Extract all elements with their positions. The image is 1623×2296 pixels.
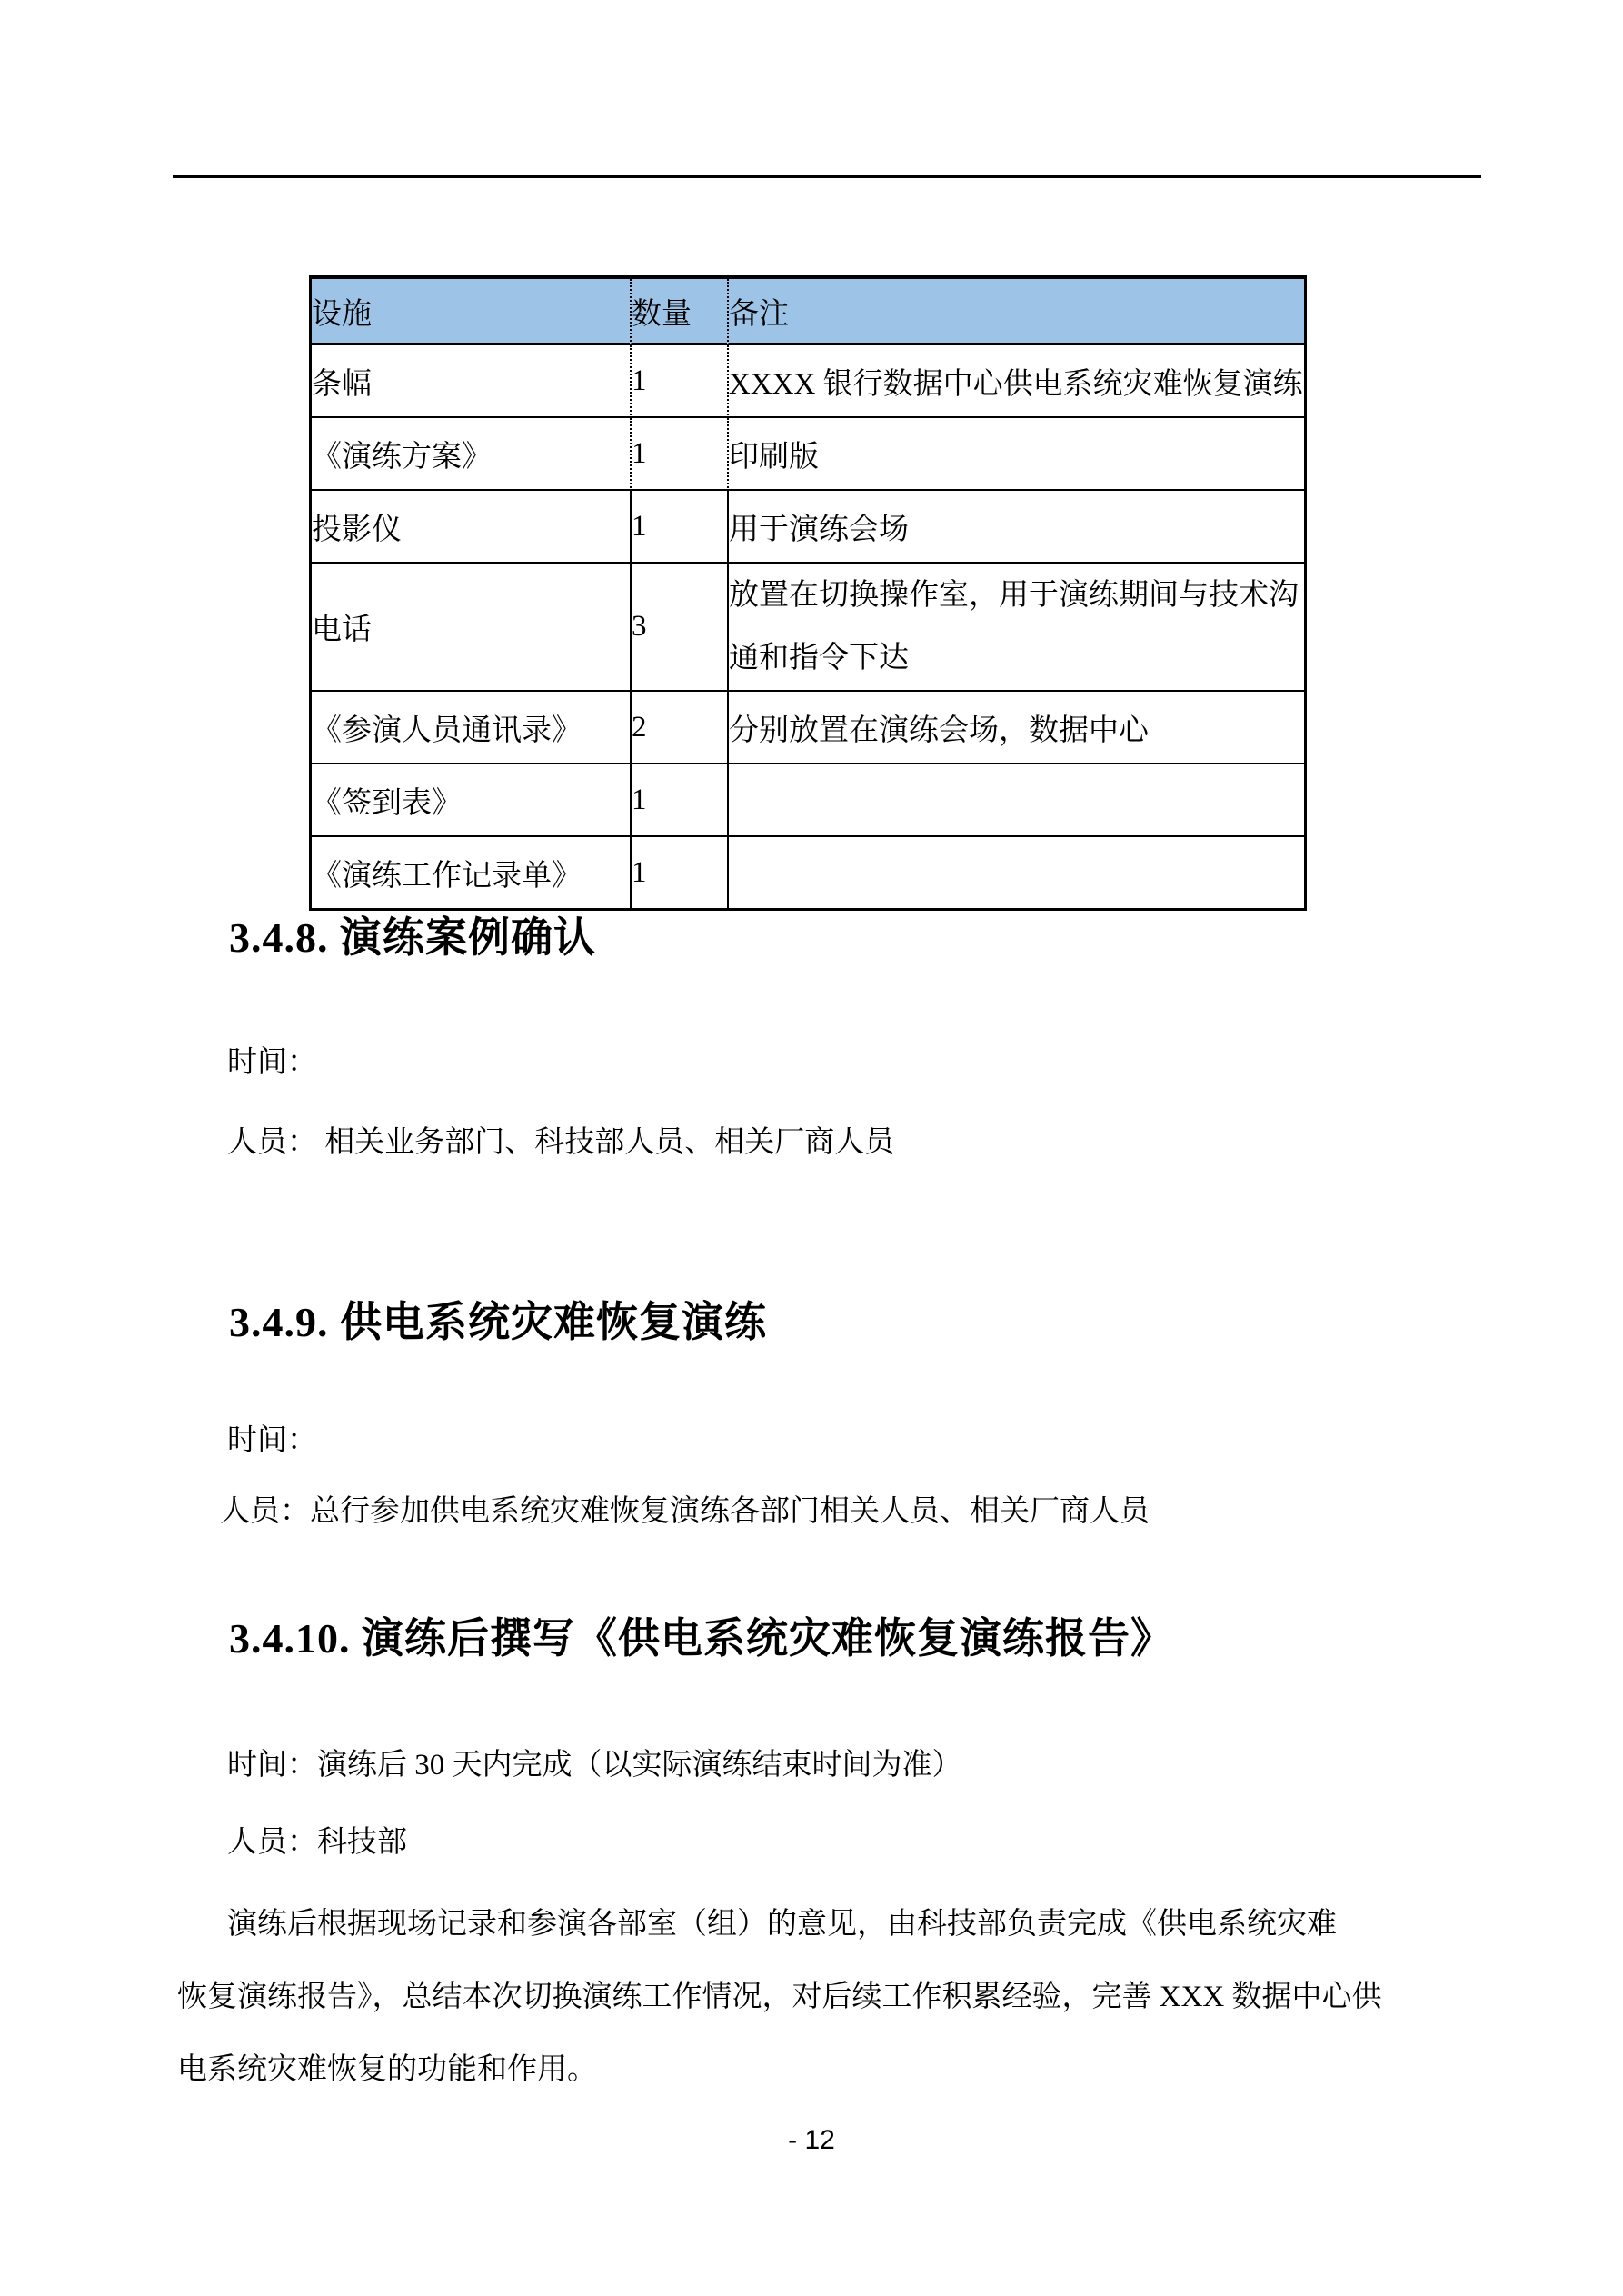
qty-cell: 1 [630, 491, 727, 564]
time-line: 时间： [227, 1038, 317, 1081]
qty-cell: 1 [630, 345, 727, 418]
people-line: 人员： 相关业务部门、科技部人员、相关厂商人员 [227, 1118, 894, 1161]
table-row: 《演练方案》 1 印刷版 [312, 418, 1304, 491]
time-line: 时间： [227, 1416, 317, 1459]
remark-line: 通和指令下达 [729, 627, 1304, 690]
remark-cell: 放置在切换操作室，用于演练期间与技术沟 通和指令下达 [727, 564, 1304, 692]
facility-cell: 《签到表》 [312, 764, 630, 837]
table-row: 电话 3 放置在切换操作室，用于演练期间与技术沟 通和指令下达 [312, 564, 1304, 692]
facility-cell: 投影仪 [312, 491, 630, 564]
facility-cell: 《演练方案》 [312, 418, 630, 491]
remark-cell: 印刷版 [727, 418, 1304, 491]
facility-cell: 电话 [312, 564, 630, 692]
table-row: 条幅 1 XXXX 银行数据中心供电系统灾难恢复演练 [312, 345, 1304, 418]
table-row: 《参演人员通讯录》 2 分别放置在演练会场，数据中心 [312, 692, 1304, 764]
body-paragraph-line: 恢复演练报告》，总结本次切换演练工作情况，对后续工作积累经验，完善 XXX 数据… [177, 1972, 1382, 2015]
qty-cell: 2 [630, 692, 727, 764]
time-line: 时间：演练后 30 天内完成（以实际演练结束时间为准） [227, 1741, 962, 1783]
header-remark: 备注 [727, 279, 1304, 345]
table-row: 《演练工作记录单》 1 [312, 837, 1304, 908]
remark-cell [727, 764, 1304, 837]
header-qty: 数量 [630, 279, 727, 345]
qty-cell: 1 [630, 764, 727, 837]
body-paragraph-line: 电系统灾难恢复的功能和作用。 [177, 2045, 597, 2088]
remark-line: 放置在切换操作室，用于演练期间与技术沟 [729, 564, 1304, 627]
header-facility: 设施 [312, 279, 630, 345]
qty-cell: 1 [630, 418, 727, 491]
facility-cell: 《参演人员通讯录》 [312, 692, 630, 764]
section-heading-3-4-8: 3.4.8. 演练案例确认 [229, 904, 596, 964]
page-number: - 12 [0, 2125, 1623, 2156]
section-heading-3-4-10: 3.4.10. 演练后撰写《供电系统灾难恢复演练报告》 [229, 1605, 1173, 1665]
remark-cell: 用于演练会场 [727, 491, 1304, 564]
facilities-table: 设施 数量 备注 条幅 1 XXXX 银行数据中心供电系统灾难恢复演练 《演练方… [309, 275, 1307, 911]
section-heading-3-4-9: 3.4.9. 供电系统灾难恢复演练 [229, 1289, 767, 1349]
people-line: 人员：总行参加供电系统灾难恢复演练各部门相关人员、相关厂商人员 [220, 1487, 1150, 1530]
table-header-row: 设施 数量 备注 [312, 279, 1304, 345]
body-paragraph-line: 演练后根据现场记录和参演各部室（组）的意见，由科技部负责完成《供电系统灾难 [227, 1900, 1337, 1942]
facility-cell: 《演练工作记录单》 [312, 837, 630, 908]
remark-cell: 分别放置在演练会场，数据中心 [727, 692, 1304, 764]
document-page: 设施 数量 备注 条幅 1 XXXX 银行数据中心供电系统灾难恢复演练 《演练方… [0, 0, 1623, 2296]
facility-cell: 条幅 [312, 345, 630, 418]
people-line: 人员：科技部 [227, 1818, 407, 1861]
qty-cell: 1 [630, 837, 727, 908]
table-row: 《签到表》 1 [312, 764, 1304, 837]
table-row: 投影仪 1 用于演练会场 [312, 491, 1304, 564]
remark-cell [727, 837, 1304, 908]
page-header-rule [173, 175, 1481, 178]
remark-cell: XXXX 银行数据中心供电系统灾难恢复演练 [727, 345, 1304, 418]
qty-cell: 3 [630, 564, 727, 692]
